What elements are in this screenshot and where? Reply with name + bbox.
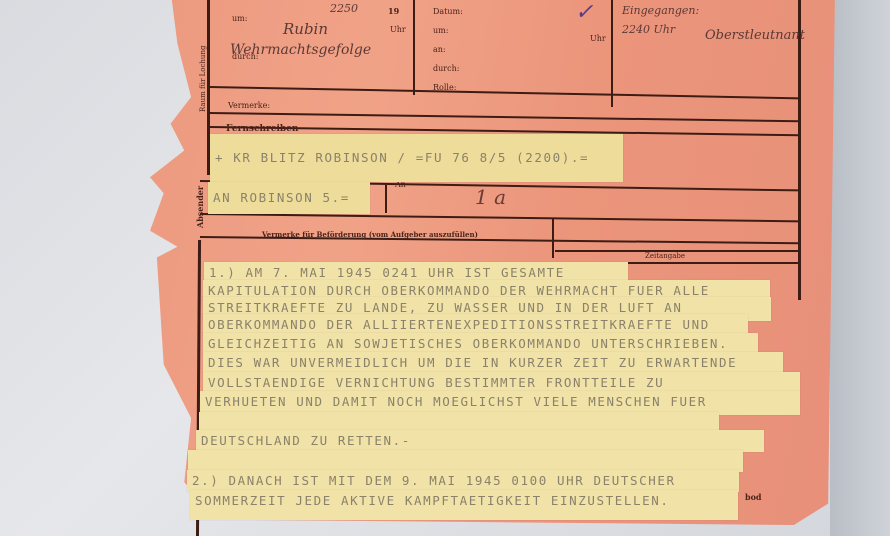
- handwritten-signature-left: Wehrmachtsgefolge: [230, 42, 371, 58]
- tape-body-line-13: SOMMERZEIT JEDE AKTIVE KAMPFTAETIGKEIT E…: [190, 490, 738, 520]
- handwritten-signature-right: Oberstleutnant: [705, 28, 805, 43]
- label-bod: bod: [745, 492, 762, 502]
- rule: [413, 0, 415, 95]
- label-uhr: Uhr: [390, 25, 406, 34]
- tape-body-line-10: DEUTSCHLAND ZU RETTEN.-: [196, 430, 764, 452]
- label-rolle: Rolle:: [433, 83, 456, 92]
- label-durch-2: durch:: [433, 64, 459, 73]
- rule: [552, 218, 554, 258]
- tape-body-line-11: [188, 450, 743, 472]
- handwritten-time: 2250: [330, 2, 358, 15]
- rule: [611, 0, 613, 107]
- backdrop-edge: [830, 0, 890, 536]
- handwritten-recipient-mark: 1 a: [475, 185, 506, 209]
- label-margin-vertical: Raum für Lochung: [199, 46, 207, 112]
- label-vermerke-befoerderung: Vermerke für Beförderung (vom Aufgeber a…: [262, 230, 478, 239]
- label-um-2: um:: [433, 26, 448, 35]
- tape-body-line-12: 2.) DANACH IST MIT DEM 9. MAI 1945 0100 …: [187, 470, 739, 492]
- handwritten-name: Rubin: [283, 20, 328, 38]
- label-datum: Datum:: [433, 7, 463, 16]
- label-zeitangabe: Zeitangabe: [645, 252, 685, 260]
- handwritten-time-right: 2240 Uhr: [622, 23, 675, 36]
- tape-address: AN ROBINSON 5.=: [208, 182, 370, 214]
- label-absender-vertical: Absender: [195, 186, 205, 228]
- rule: [385, 185, 387, 213]
- label-an: an:: [433, 45, 446, 54]
- label-vermerke: Vermerke:: [228, 101, 270, 110]
- tape-header: + KR BLITZ ROBINSON / =FU 76 8/5 (2200).…: [210, 134, 623, 182]
- rule: [798, 0, 801, 300]
- label-uhr-2: Uhr: [590, 34, 606, 43]
- purple-check-mark: ✓: [575, 0, 593, 25]
- tape-body-line-6: DIES WAR UNVERMEIDLICH UM DIE IN KURZER …: [203, 352, 783, 374]
- label-19: 19: [388, 6, 399, 16]
- label-fernschreiben: Fernschreiben: [226, 124, 298, 134]
- label-um: um:: [232, 14, 247, 23]
- handwritten-eingegangen: Eingegangen:: [622, 4, 699, 17]
